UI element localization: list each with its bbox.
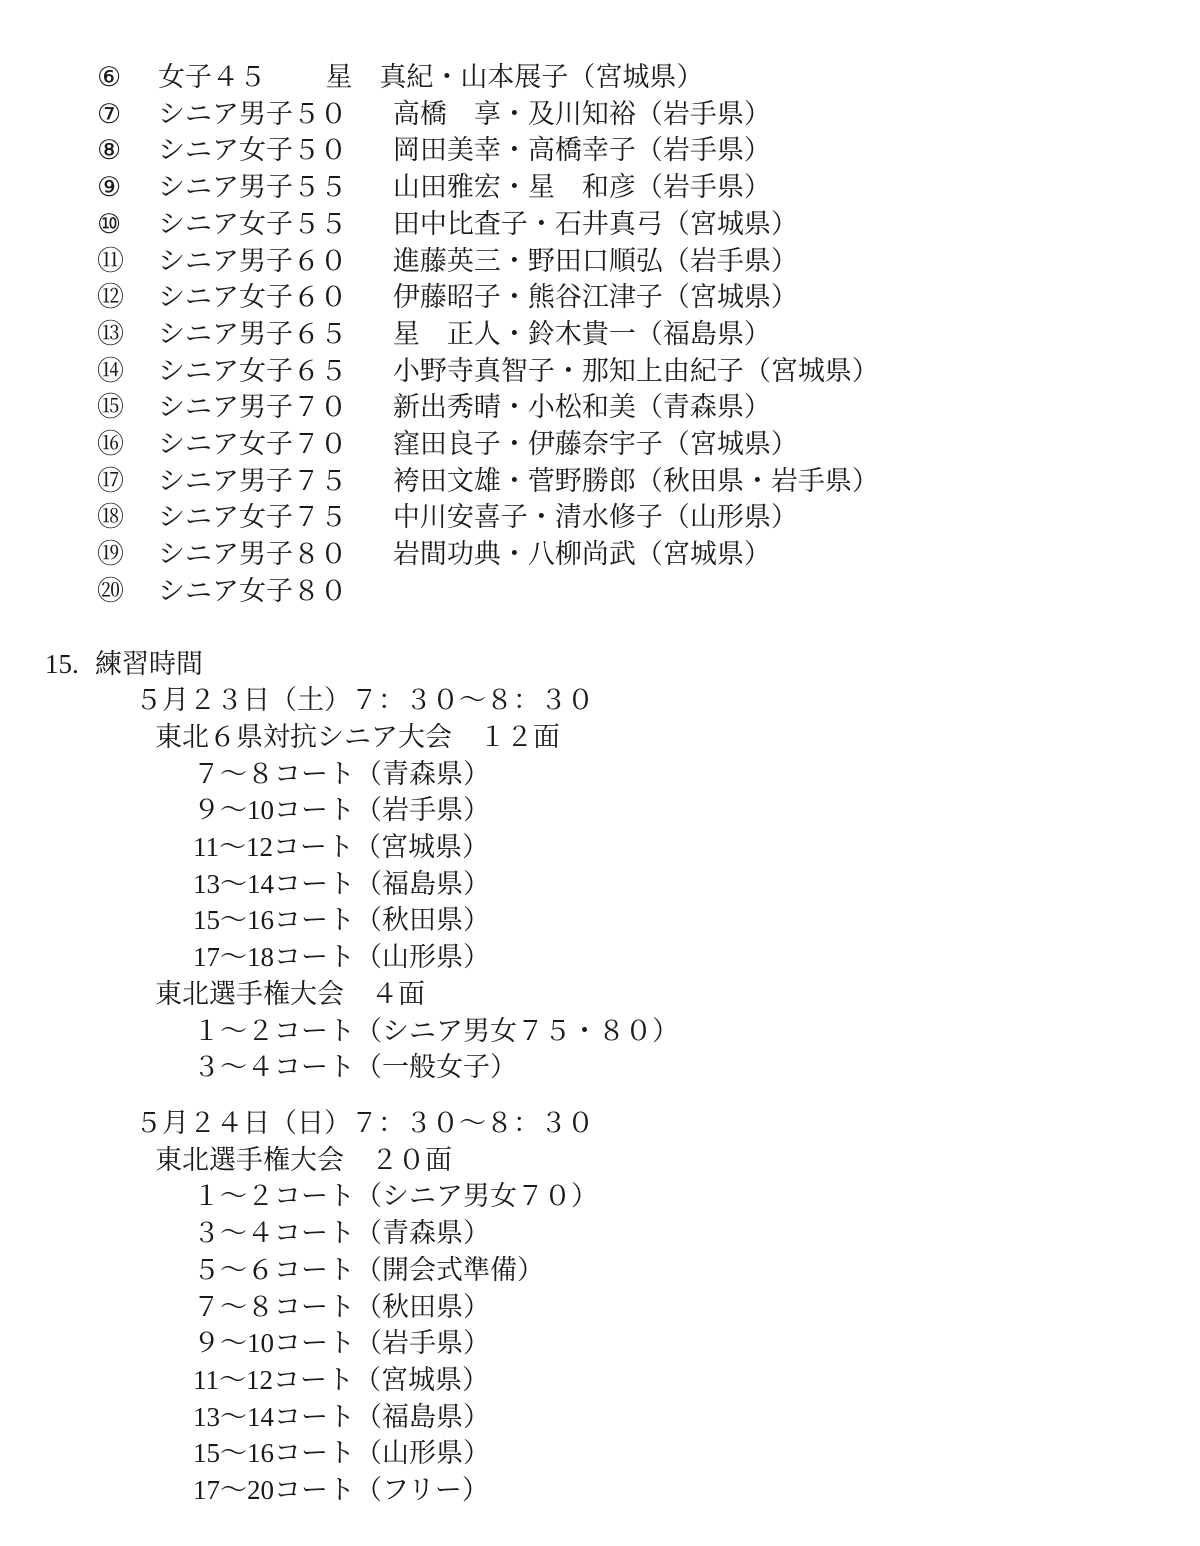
court-assignment-line: ７～８コート（秋田県） (193, 1289, 1200, 1326)
pair-names: 小野寺真智子・那知上由紀子（宮城県） (393, 356, 879, 386)
tournament-heading-day1-championship: 東北選手権大会 ４面 (155, 976, 1200, 1013)
category-label: シニア男子６５ (158, 319, 347, 349)
circled-number: ⑭ (97, 353, 158, 390)
circled-number: ⑫ (97, 279, 158, 316)
pair-names: 窪田良子・伊藤奈宇子（宮城県） (393, 429, 798, 459)
category-label: シニア女子５５ (158, 209, 347, 239)
practice-date-line-day1: ５月２３日（土）７：３０～８：３０ (135, 682, 1200, 719)
pair-names: 進藤英三・野田口順弘（岩手県） (393, 246, 798, 276)
tournament-heading-day2-championship: 東北選手権大会 ２０面 (155, 1142, 1200, 1179)
entry-row: ⑧シニア女子５０岡田美幸・高橋幸子（岩手県） (97, 132, 1200, 169)
entry-row: ⑨シニア男子５５山田雅宏・星 和彦（岩手県） (97, 169, 1200, 206)
entry-row: ⑮シニア男子７０新出秀晴・小松和美（青森県） (97, 389, 1200, 426)
entry-row: ⑰シニア男子７５袴田文雄・菅野勝郎（秋田県・岩手県） (97, 463, 1200, 500)
court-list-day1-championship: １～２コート（シニア男女７５・８０） ３～４コート（一般女子） (0, 1013, 1200, 1086)
category-label: シニア女子７０ (158, 429, 347, 459)
category-label: 女子４５ (158, 62, 266, 92)
court-list-day2-championship: １～２コート（シニア男女７０） ３～４コート（青森県） ５～６コート（開会式準備… (0, 1178, 1200, 1508)
court-assignment-line: 11～12コート（宮城県） (193, 1362, 1200, 1399)
court-assignment-line: ９～10コート（岩手県） (193, 1325, 1200, 1362)
entry-row: ⑫シニア女子６０伊藤昭子・熊谷江津子（宮城県） (97, 279, 1200, 316)
court-assignment-line: １～２コート（シニア男女７５・８０） (193, 1013, 1200, 1050)
pair-names: 伊藤昭子・熊谷江津子（宮城県） (393, 282, 798, 312)
category-label: シニア女子８０ (158, 576, 347, 606)
category-label: シニア男子７５ (158, 466, 347, 496)
entry-row: ⑦シニア男子５０高橋 享・及川知裕（岩手県） (97, 96, 1200, 133)
circled-number: ⑯ (97, 426, 158, 463)
entry-row: ⑬シニア男子６５星 正人・鈴木貴一（福島県） (97, 316, 1200, 353)
court-assignment-line: 13～14コート（福島県） (193, 1399, 1200, 1436)
entry-row: ⑳シニア女子８０ (97, 573, 1200, 610)
pair-names: 星 正人・鈴木貴一（福島県） (393, 319, 771, 349)
court-assignment-line: ３～４コート（一般女子） (193, 1049, 1200, 1086)
entry-row: ⑪シニア男子６０進藤英三・野田口順弘（岩手県） (97, 243, 1200, 280)
pair-names: 山田雅宏・星 和彦（岩手県） (393, 172, 771, 202)
court-assignment-line: 17～18コート（山形県） (193, 939, 1200, 976)
section-number: 15. (45, 646, 95, 683)
pair-names: 中川安喜子・清水修子（山形県） (393, 502, 798, 532)
court-assignment-line: 13～14コート（福島県） (193, 866, 1200, 903)
pair-names: 岡田美幸・高橋幸子（岩手県） (393, 135, 771, 165)
pair-names: 星 真紀・山本展子（宮城県） (325, 62, 703, 92)
category-label: シニア男子７０ (158, 392, 347, 422)
court-list-day1-senior: ７～８コート（青森県） ９～10コート（岩手県） 11～12コート（宮城県） 1… (0, 756, 1200, 976)
circled-number: ⑧ (97, 132, 158, 169)
pairs-list: ⑥女子４５星 真紀・山本展子（宮城県） ⑦シニア男子５０高橋 享・及川知裕（岩手… (97, 0, 1200, 610)
circled-number: ⑱ (97, 499, 158, 536)
court-assignment-line: 11～12コート（宮城県） (193, 829, 1200, 866)
court-assignment-line: 17～20コート（フリー） (193, 1472, 1200, 1509)
category-label: シニア女子５０ (158, 135, 347, 165)
category-label: シニア女子６５ (158, 356, 347, 386)
court-assignment-line: ５～６コート（開会式準備） (193, 1252, 1200, 1289)
pair-names: 高橋 享・及川知裕（岩手県） (393, 99, 771, 129)
entry-row: ⑱シニア女子７５中川安喜子・清水修子（山形県） (97, 499, 1200, 536)
pair-names: 田中比査子・石井真弓（宮城県） (393, 209, 798, 239)
court-assignment-line: ７～８コート（青森県） (193, 756, 1200, 793)
circled-number: ⑬ (97, 316, 158, 353)
circled-number: ⑦ (97, 96, 158, 133)
category-label: シニア男子６０ (158, 246, 347, 276)
court-assignment-line: 15～16コート（秋田県） (193, 902, 1200, 939)
category-label: シニア女子７５ (158, 502, 347, 532)
court-assignment-line: 15～16コート（山形県） (193, 1435, 1200, 1472)
document-page: ⑥女子４５星 真紀・山本展子（宮城県） ⑦シニア男子５０高橋 享・及川知裕（岩手… (0, 0, 1200, 1546)
pair-names: 袴田文雄・菅野勝郎（秋田県・岩手県） (393, 466, 879, 496)
circled-number: ⑥ (97, 59, 158, 96)
court-assignment-line: ９～10コート（岩手県） (193, 792, 1200, 829)
circled-number: ⑨ (97, 169, 158, 206)
entry-row: ⑯シニア女子７０窪田良子・伊藤奈宇子（宮城県） (97, 426, 1200, 463)
circled-number: ⑲ (97, 536, 158, 573)
circled-number: ⑳ (97, 573, 158, 610)
court-assignment-line: ３～４コート（青森県） (193, 1215, 1200, 1252)
entry-row: ⑩シニア女子５５田中比査子・石井真弓（宮城県） (97, 206, 1200, 243)
entry-row: ⑥女子４５星 真紀・山本展子（宮城県） (97, 59, 1200, 96)
circled-number: ⑪ (97, 243, 158, 280)
tournament-heading-day1-senior: 東北６県対抗シニア大会 １２面 (155, 719, 1200, 756)
circled-number: ⑩ (97, 206, 158, 243)
category-label: シニア女子６０ (158, 282, 347, 312)
section-heading: 15.練習時間 (45, 646, 1200, 683)
category-label: シニア男子８０ (158, 539, 347, 569)
category-label: シニア男子５５ (158, 172, 347, 202)
pair-names: 新出秀晴・小松和美（青森県） (393, 392, 771, 422)
circled-number: ⑰ (97, 463, 158, 500)
pair-names: 岩間功典・八柳尚武（宮城県） (393, 539, 771, 569)
circled-number: ⑮ (97, 389, 158, 426)
practice-date-line-day2: ５月２４日（日）７：３０～８：３０ (135, 1105, 1200, 1142)
entry-row: ⑭シニア女子６５小野寺真智子・那知上由紀子（宮城県） (97, 353, 1200, 390)
court-assignment-line: １～２コート（シニア男女７０） (193, 1178, 1200, 1215)
section-title: 練習時間 (95, 649, 203, 679)
entry-row: ⑲シニア男子８０岩間功典・八柳尚武（宮城県） (97, 536, 1200, 573)
category-label: シニア男子５０ (158, 99, 347, 129)
